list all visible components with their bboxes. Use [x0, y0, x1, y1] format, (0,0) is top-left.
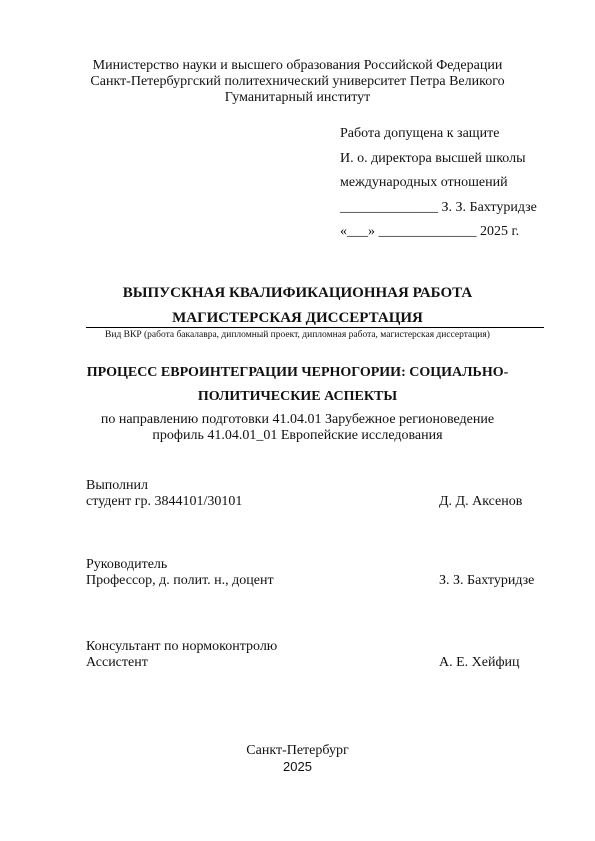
work-subtype: МАГИСТЕРСКАЯ ДИССЕРТАЦИЯ: [0, 310, 595, 326]
approval-date: «___» ______________ 2025 г.: [340, 224, 519, 240]
signatory-name-supervisor: З. З. Бахтуридзе: [439, 573, 534, 589]
work-type-hint: Вид ВКР (работа бакалавра, дипломный про…: [0, 329, 595, 341]
thesis-title-line-1: ПРОЦЕСС ЕВРОИНТЕГРАЦИИ ЧЕРНОГОРИИ: СОЦИА…: [0, 365, 595, 381]
signatory-role-consultant: Консультант по нормоконтролю: [86, 639, 277, 655]
study-direction: по направлению подготовки 41.04.01 Заруб…: [0, 412, 595, 428]
approval-line-1: Работа допущена к защите: [340, 126, 499, 142]
signatory-role-student: Выполнил: [86, 478, 148, 494]
approval-signature: ______________ З. З. Бахтуридзе: [340, 200, 537, 216]
signatory-position-student: студент гр. 3844101/30101: [86, 494, 242, 510]
thesis-title-line-2: ПОЛИТИЧЕСКИЕ АСПЕКТЫ: [0, 389, 595, 405]
approval-line-3: международных отношений: [340, 175, 508, 191]
university-name: Санкт-Петербургский политехнический унив…: [0, 74, 595, 90]
signatory-name-consultant: А. Е. Хейфиц: [439, 655, 520, 671]
work-type: ВЫПУСКНАЯ КВАЛИФИКАЦИОННАЯ РАБОТА: [0, 285, 595, 301]
signatory-name-student: Д. Д. Аксенов: [439, 494, 522, 510]
institute-name: Гуманитарный институт: [0, 90, 595, 106]
study-profile: профиль 41.04.01_01 Европейские исследов…: [0, 428, 595, 444]
ministry-name: Министерство науки и высшего образования…: [0, 58, 595, 74]
footer-year: 2025: [0, 759, 595, 775]
signatory-position-supervisor: Профессор, д. полит. н., доцент: [86, 573, 274, 589]
approval-line-2: И. о. директора высшей школы: [340, 151, 526, 167]
footer-city: Санкт-Петербург: [0, 743, 595, 759]
divider-line: [86, 327, 544, 328]
signatory-role-supervisor: Руководитель: [86, 557, 167, 573]
signatory-position-consultant: Ассистент: [86, 655, 148, 671]
